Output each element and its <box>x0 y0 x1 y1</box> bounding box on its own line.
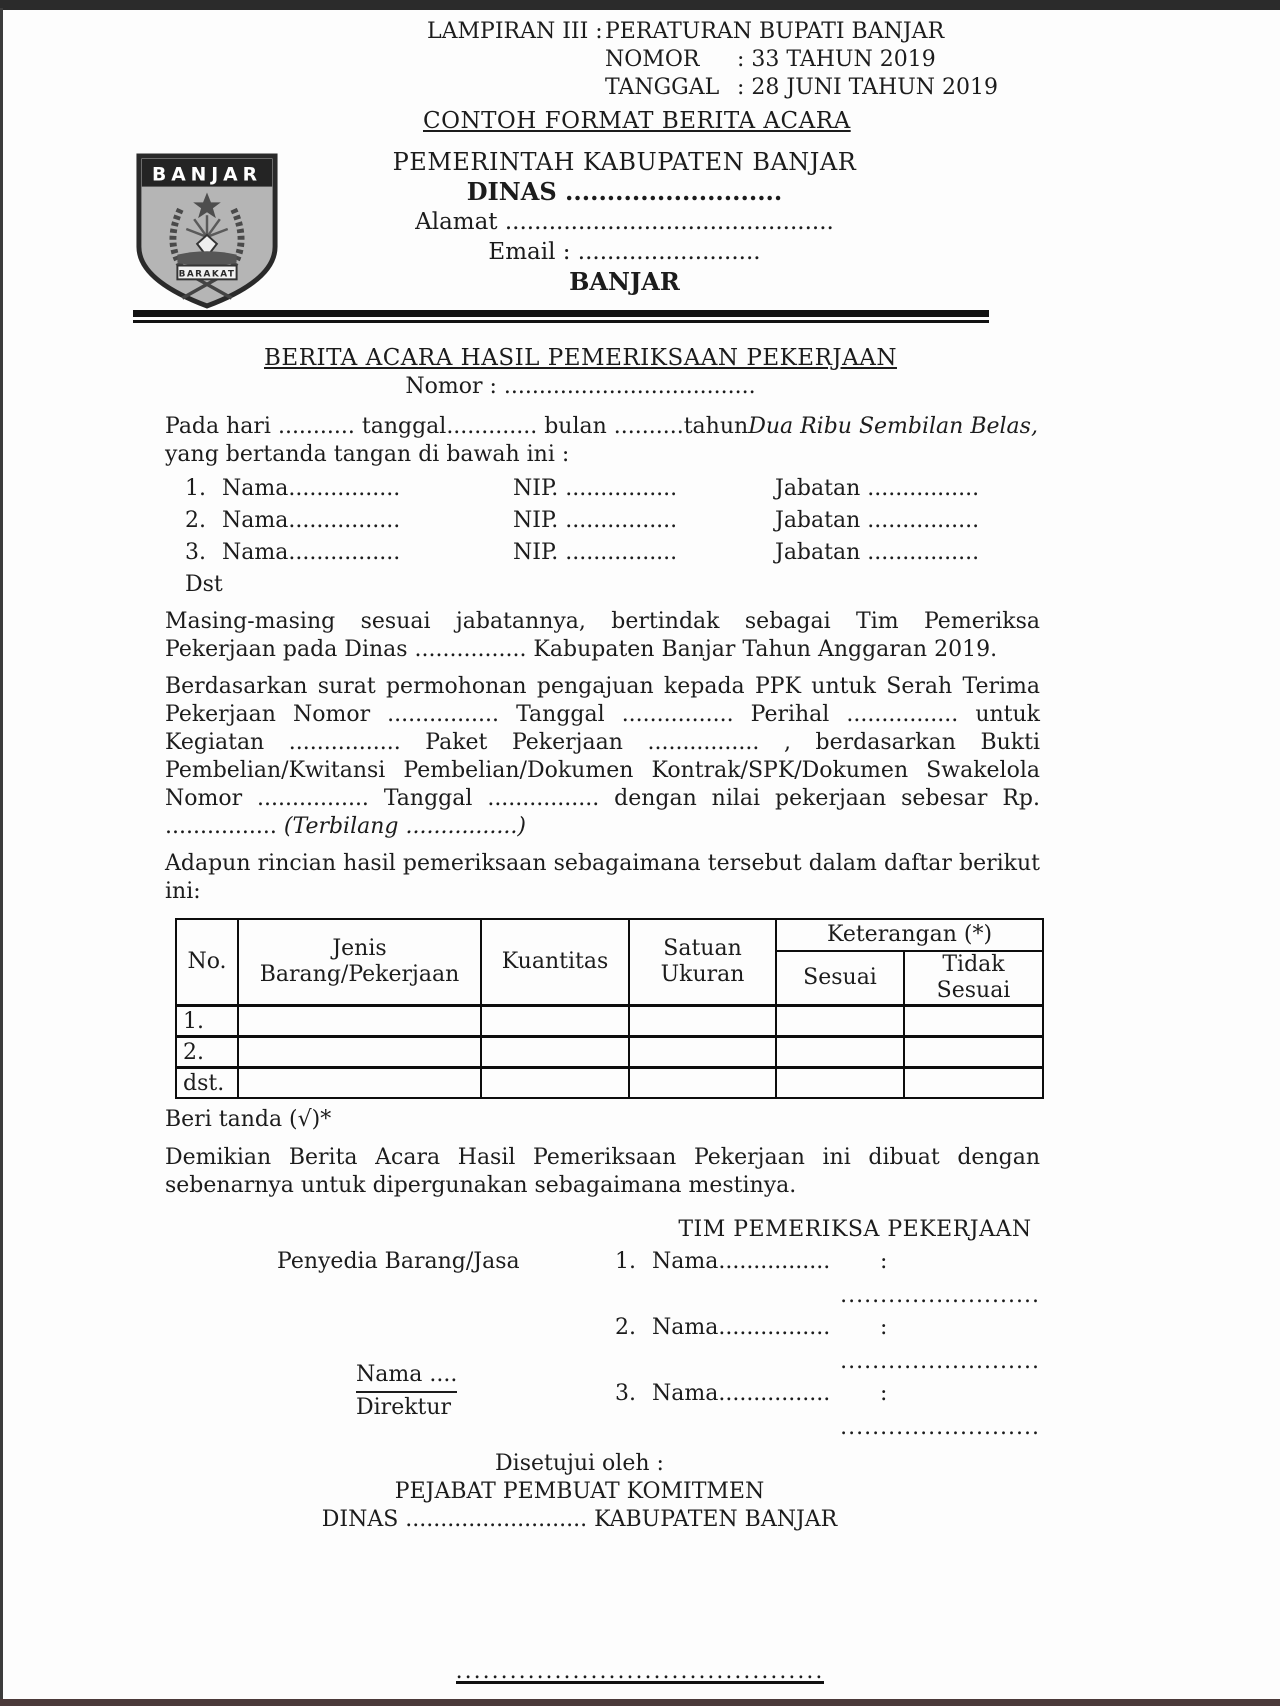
signatory-nama: Nama................ <box>222 539 513 567</box>
signatory-number: 3. <box>185 539 222 567</box>
table-cell-empty <box>776 1037 904 1068</box>
header-tidak-sesuai: Tidak Sesuai <box>904 951 1043 1006</box>
row-number: dst. <box>176 1068 238 1099</box>
contoh-heading: CONTOH FORMAT BERITA ACARA <box>423 108 1040 134</box>
header-no: No. <box>176 919 238 1006</box>
table-cell-empty <box>629 1006 776 1037</box>
signatory-nip: NIP. ................ <box>513 539 775 567</box>
seal-ribbon-text: BARAKAT <box>179 269 236 279</box>
penyedia-nama-line: Nama .... <box>356 1360 457 1393</box>
terbilang-italic: (Terbilang ................) <box>284 814 526 839</box>
letterhead-government: PEMERINTAH KABUPATEN BANJAR <box>187 148 1062 176</box>
signatory-nip: NIP. ................ <box>513 475 775 503</box>
table-row: 1. <box>176 1006 1043 1037</box>
paragraph-berdasarkan: Berdasarkan surat permohonan pengajuan k… <box>165 673 1040 841</box>
tim-signature-dots: ......................... <box>615 1282 1040 1310</box>
table-cell-empty <box>238 1068 481 1099</box>
lampiran-line-1: LAMPIRAN III : PERATURAN BUPATI BANJAR <box>427 18 1040 46</box>
approval-block: Disetujui oleh : PEJABAT PEMBUAT KOMITME… <box>142 1450 1017 1534</box>
lampiran-tanggal-value: : 28 JUNI TAHUN 2019 <box>737 74 998 102</box>
signature-left-column: Penyedia Barang/Jasa Nama .... Direktur <box>165 1216 615 1442</box>
document-number-line: Nomor : ................................… <box>143 374 1018 399</box>
lampiran-indent <box>427 46 605 74</box>
lampiran-line-3: TANGGAL : 28 JUNI TAHUN 2019 <box>427 74 1040 102</box>
lampiran-tanggal-label: TANGGAL <box>605 74 737 102</box>
intro-line2: yang bertanda tangan di bawah ini : <box>165 442 569 467</box>
approval-line-1: Disetujui oleh : <box>142 1450 1017 1478</box>
row-number: 2. <box>176 1037 238 1068</box>
tim-signature-item: 3. Nama................ : <box>615 1380 1040 1408</box>
table-row: 2. <box>176 1037 1043 1068</box>
lampiran-prefix: LAMPIRAN III : <box>427 18 605 46</box>
paragraph-adapun: Adapun rincian hasil pemeriksaan sebagai… <box>165 850 1040 906</box>
letterhead-city: BANJAR <box>187 268 1062 296</box>
dst-label: Dst <box>185 571 1040 599</box>
banjar-seal-logo: BANJAR BARAKAT <box>133 152 281 310</box>
intro-year-italic: Dua Ribu Sembilan Belas, <box>748 414 1038 439</box>
intro-paragraph: Pada hari ........... tanggal...........… <box>165 413 1040 469</box>
tim-item-number: 3. <box>615 1380 652 1408</box>
header-keterangan: Keterangan (*) <box>776 919 1043 951</box>
letterhead-divider <box>133 310 989 323</box>
signatory-row: 2. Nama................ NIP. ...........… <box>185 507 1040 535</box>
signatory-row: 1. Nama................ NIP. ...........… <box>185 475 1040 503</box>
tim-item-nama: Nama................ <box>652 1314 880 1342</box>
table-header-row-1: No. Jenis Barang/Pekerjaan Kuantitas Sat… <box>176 919 1043 951</box>
tim-item-colon: : <box>880 1248 900 1276</box>
signature-right-column: TIM PEMERIKSA PEKERJAAN 1. Nama.........… <box>615 1216 1040 1442</box>
lampiran-nomor-value: : 33 TAHUN 2019 <box>737 46 936 74</box>
approval-line-2: PEJABAT PEMBUAT KOMITMEN <box>142 1478 1017 1506</box>
lampiran-title: PERATURAN BUPATI BANJAR <box>605 18 944 46</box>
tim-signature-item: 1. Nama................ : <box>615 1248 1040 1276</box>
letterhead-dinas: DINAS .......................... <box>187 178 1062 206</box>
table-cell-empty <box>629 1068 776 1099</box>
tim-item-colon: : <box>880 1380 900 1408</box>
letterhead-email: Email : ......................... <box>187 238 1062 266</box>
tim-item-number: 2. <box>615 1314 652 1342</box>
header-sesuai: Sesuai <box>776 951 904 1006</box>
table-cell-empty <box>238 1037 481 1068</box>
table-cell-empty <box>776 1006 904 1037</box>
letterhead: PEMERINTAH KABUPATEN BANJAR DINAS ......… <box>187 148 1062 296</box>
signatory-jabatan: Jabatan ................ <box>775 475 1040 503</box>
footer-signature-dots: ........................................… <box>456 1663 825 1684</box>
tim-signature-item: 2. Nama................ : <box>615 1314 1040 1342</box>
tim-item-nama: Nama................ <box>652 1248 880 1276</box>
table-cell-empty <box>629 1037 776 1068</box>
table-cell-empty <box>904 1037 1043 1068</box>
table-cell-empty <box>481 1037 629 1068</box>
signatory-nip: NIP. ................ <box>513 507 775 535</box>
lampiran-block: LAMPIRAN III : PERATURAN BUPATI BANJAR N… <box>427 18 1040 102</box>
tim-signature-dots: ......................... <box>615 1414 1040 1442</box>
tim-item-nama: Nama................ <box>652 1380 880 1408</box>
inspection-table: No. Jenis Barang/Pekerjaan Kuantitas Sat… <box>175 918 1044 1099</box>
signatory-number: 1. <box>185 475 222 503</box>
signatory-nama: Nama................ <box>222 507 513 535</box>
penyedia-label: Penyedia Barang/Jasa <box>277 1248 615 1276</box>
signatories-list: 1. Nama................ NIP. ...........… <box>185 475 1040 567</box>
tim-item-colon: : <box>880 1314 900 1342</box>
footer-signature-line: ........................................… <box>0 1659 1280 1684</box>
checkmark-note: Beri tanda (√)* <box>165 1106 1040 1134</box>
penyedia-name-block: Nama .... Direktur <box>356 1360 615 1423</box>
signatory-jabatan: Jabatan ................ <box>775 507 1040 535</box>
table-cell-empty <box>904 1068 1043 1099</box>
signature-section: Penyedia Barang/Jasa Nama .... Direktur … <box>165 1216 1040 1442</box>
seal-name-text: BANJAR <box>152 165 262 186</box>
lampiran-line-2: NOMOR : 33 TAHUN 2019 <box>427 46 1040 74</box>
signatory-number: 2. <box>185 507 222 535</box>
signatory-row: 3. Nama................ NIP. ...........… <box>185 539 1040 567</box>
header-jenis: Jenis Barang/Pekerjaan <box>238 919 481 1006</box>
lampiran-nomor-label: NOMOR <box>605 46 737 74</box>
paragraph-masing: Masing-masing sesuai jabatannya, bertind… <box>165 608 1040 664</box>
row-number: 1. <box>176 1006 238 1037</box>
table-cell-empty <box>481 1006 629 1037</box>
table-row: dst. <box>176 1068 1043 1099</box>
tim-pemeriksa-header: TIM PEMERIKSA PEKERJAAN <box>615 1216 1040 1244</box>
direktur-label: Direktur <box>356 1393 615 1423</box>
header-kuantitas: Kuantitas <box>481 919 629 1006</box>
seal-base-band <box>177 251 236 266</box>
table-cell-empty <box>481 1068 629 1099</box>
document-title: BERITA ACARA HASIL PEMERIKSAAN PEKERJAAN <box>143 345 1018 371</box>
tim-signature-dots: ......................... <box>615 1348 1040 1376</box>
letterhead-alamat: Alamat .................................… <box>187 208 1062 236</box>
table-cell-empty <box>238 1006 481 1037</box>
table-cell-empty <box>776 1068 904 1099</box>
table-cell-empty <box>904 1006 1043 1037</box>
bottom-edge-bar <box>0 1699 1280 1706</box>
closing-paragraph: Demikian Berita Acara Hasil Pemeriksaan … <box>165 1144 1040 1200</box>
signatory-nama: Nama................ <box>222 475 513 503</box>
lampiran-indent <box>427 74 605 102</box>
intro-text: Pada hari ........... tanggal...........… <box>165 414 748 439</box>
signatory-jabatan: Jabatan ................ <box>775 539 1040 567</box>
document-page: BANJAR BARAKAT LAMPIRAN III : PERATURAN … <box>0 0 1280 1706</box>
tim-item-number: 1. <box>615 1248 652 1276</box>
header-satuan: Satuan Ukuran <box>629 919 776 1006</box>
approval-line-3: DINAS .......................... KABUPAT… <box>142 1506 1017 1534</box>
